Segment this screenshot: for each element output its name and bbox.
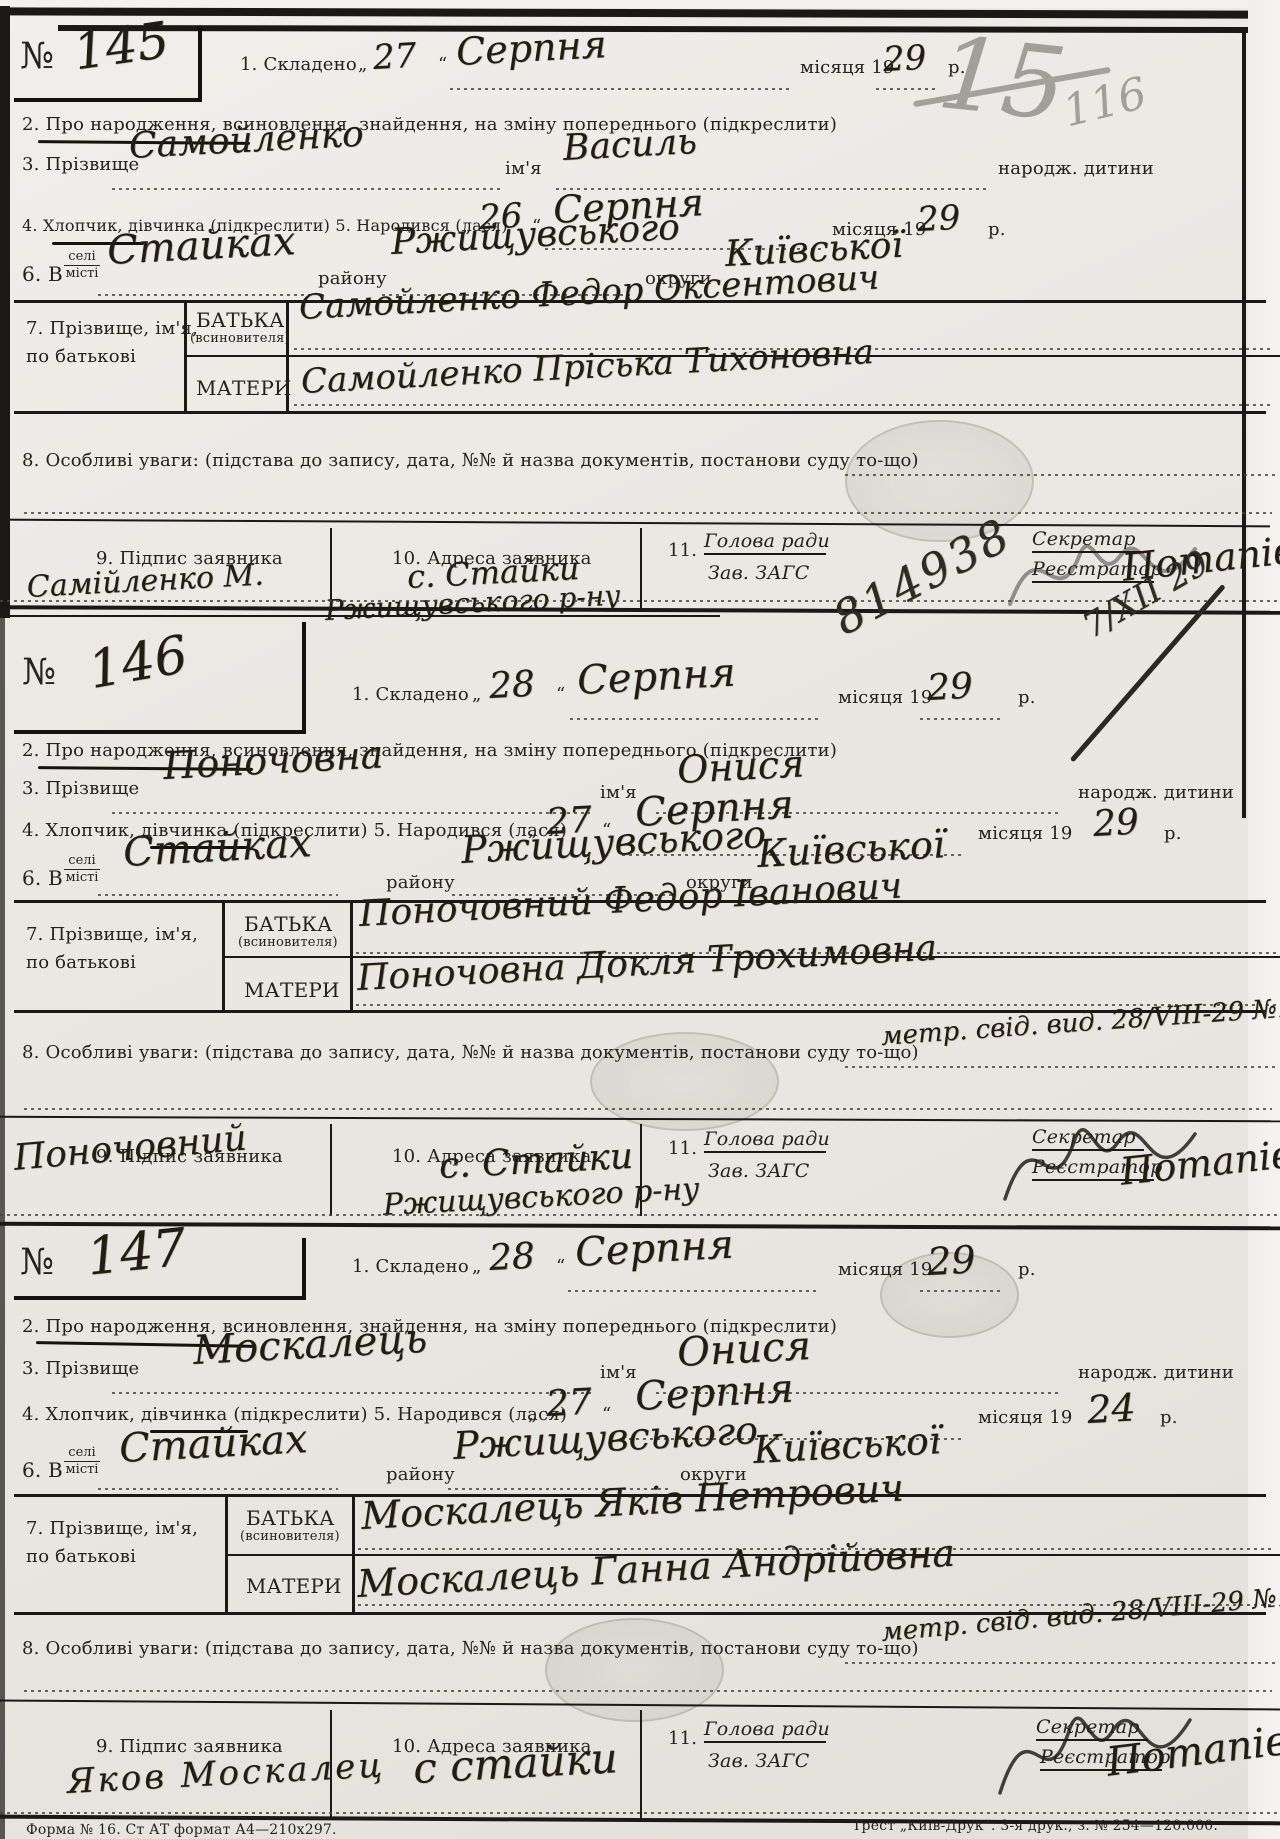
composed-day-entry: 27: [372, 36, 417, 78]
year-r-label: р.: [948, 57, 966, 78]
month-19-label: місяця 19: [978, 1407, 1073, 1428]
seli-label: селі: [68, 1446, 95, 1460]
composed-year-entry: 29: [926, 666, 974, 709]
mother-entry: Самойленко Пріська Тихоновна: [300, 332, 875, 402]
seli-label: селі: [68, 854, 95, 868]
year-r-label: р.: [1018, 687, 1036, 708]
item-11-label: 11.: [668, 540, 697, 561]
composed-month-entry: Серпня: [455, 22, 608, 74]
composed-day-entry: 28: [488, 1236, 536, 1279]
parents-box-divider: [225, 1494, 228, 1612]
place-entry: Стайках: [122, 820, 313, 876]
record-bottom-border-2: [0, 615, 720, 617]
no-symbol: №: [22, 652, 56, 693]
surname-label: 3. Прізвище: [22, 1358, 139, 1379]
year-r-label: р.: [1164, 823, 1182, 844]
dotted-blank: [0, 600, 1280, 602]
holova-rady-label: Голова ради: [704, 1128, 830, 1150]
dotted-blank: [98, 894, 338, 896]
applicant-signature-entry: Поночовний: [12, 1118, 248, 1179]
parents-label-2: по батькові: [26, 346, 136, 367]
misti-label: місті: [66, 871, 99, 885]
special-notes-label: 8. Особливі уваги: (підстава до запису, …: [22, 1638, 919, 1659]
footer-form-imprint: Форма № 16. Ст АТ формат А4—210х297.: [26, 1822, 337, 1838]
dotted-blank: [920, 1290, 1000, 1292]
footer-printer-imprint: Трест „Київ-Друк“. 3-я друк., з. № 254—1…: [852, 1818, 1218, 1834]
applicant-signature-entry: Самійленко М.: [26, 558, 265, 605]
dotted-blank: [845, 474, 1275, 476]
place-entry: Стайках: [118, 1416, 309, 1472]
dotted-blank: [570, 718, 822, 720]
mother-label: МАТЕРИ: [196, 376, 292, 400]
parents-label-2: по батькові: [26, 952, 136, 973]
composed-year-entry: 29: [882, 38, 927, 80]
dotted-blank: [0, 1812, 1280, 1814]
born-year-entry: 29: [1092, 802, 1140, 845]
mother-entry: Москалець Ганна Андрійовна: [356, 1531, 956, 1606]
no-symbol: №: [20, 1242, 54, 1283]
dotted-blank: [294, 404, 1274, 406]
dotted-blank: [98, 294, 310, 296]
sekretar-label: Секретар: [1032, 1126, 1136, 1148]
name-entry: Василь: [562, 121, 698, 169]
composed-year-entry: 29: [926, 1237, 977, 1283]
quote-close: “: [556, 684, 565, 705]
label-rule: [704, 1741, 826, 1743]
dotted-blank: [568, 1290, 820, 1292]
misti-label: місті: [66, 267, 99, 281]
record-number-entry: 147: [84, 1218, 189, 1288]
parents-label-1: 7. Прізвище, ім'я,: [26, 318, 198, 339]
holova-rady-label: Голова ради: [704, 530, 830, 552]
zav-zags-label: Зав. ЗАГС: [708, 562, 809, 584]
father-label: БАТЬКА: [196, 308, 285, 332]
dotted-blank: [0, 1214, 1280, 1216]
dotted-blank: [920, 718, 1000, 720]
quote-close: “: [438, 54, 447, 75]
mother-label: МАТЕРИ: [246, 1574, 342, 1598]
composed-label: 1. Складено: [352, 1256, 469, 1277]
parents-label-1: 7. Прізвище, ім'я,: [26, 924, 198, 945]
dotted-blank: [876, 88, 936, 90]
applicant-address-entry-1: с стайки: [412, 1733, 619, 1793]
zav-zags-label: Зав. ЗАГС: [708, 1160, 809, 1182]
no-symbol: №: [20, 36, 54, 77]
born-year-entry: 29: [916, 198, 961, 240]
dotted-blank: [112, 188, 500, 190]
zav-zags-label: Зав. ЗАГС: [708, 1750, 809, 1772]
father-sub-label: (всиновителя): [238, 935, 338, 950]
name-label: ім'я: [600, 1362, 637, 1383]
sekretar-label: Секретар: [1036, 1716, 1140, 1738]
seli-label: селі: [68, 250, 95, 264]
signature-column-divider: [330, 1124, 332, 1216]
record-146: № 146 1. Складено „ 28 “ Серпня місяця 1…: [0, 618, 1280, 1238]
composed-month-entry: Серпня: [574, 1222, 735, 1276]
father-label: БАТЬКА: [246, 1506, 335, 1530]
parents-box-divider: [352, 1494, 355, 1612]
composed-month-entry: Серпня: [576, 650, 737, 704]
year-r-label: р.: [988, 219, 1006, 240]
child-birth-label: народж. дитини: [998, 158, 1154, 179]
father-label: БАТЬКА: [244, 912, 333, 936]
parents-box-divider: [350, 900, 353, 1010]
quote-open: „: [472, 684, 482, 705]
signature-column-divider: [640, 1710, 642, 1818]
quote-open: „: [358, 54, 368, 75]
composed-label: 1. Складено: [240, 54, 357, 75]
born-year-entry: 24: [1086, 1385, 1137, 1431]
mother-entry: Поночовна Докля Трохимовна: [356, 928, 938, 999]
special-notes-entry: метр. свід. вид. 28/VIII-29 №19: [880, 1581, 1280, 1648]
name-label: ім'я: [505, 158, 542, 179]
parents-box-divider: [222, 900, 225, 1010]
scanned-birth-register-page: 15 116 № 145 1. Складено „ 27 “ Серпня м…: [0, 0, 1280, 1839]
dotted-blank: [112, 1392, 592, 1394]
label-rule: [704, 553, 826, 555]
misti-label: місті: [66, 1463, 99, 1477]
dotted-blank: [450, 88, 790, 90]
month-19-label: місяця 19: [800, 57, 895, 78]
month-19-label: місяця 19: [838, 687, 933, 708]
parents-box-bottom: [14, 411, 1266, 414]
item-11-label: 11.: [668, 1728, 697, 1749]
v-label: 6. В: [22, 262, 63, 286]
surname-label: 3. Прізвище: [22, 154, 139, 175]
okrug-entry: Київської: [752, 1418, 942, 1472]
father-sub-label: (всиновителя): [190, 331, 290, 346]
special-notes-label: 8. Особливі уваги: (підстава до запису, …: [22, 450, 919, 471]
special-notes-label: 8. Особливі уваги: (підстава до запису, …: [22, 1042, 919, 1063]
quote-close: “: [556, 1256, 565, 1277]
name-label: ім'я: [600, 782, 637, 803]
composed-label: 1. Складено: [352, 684, 469, 705]
item-11-label: 11.: [668, 1138, 697, 1159]
label-rule: [704, 1151, 826, 1153]
father-sub-label: (всиновителя): [240, 1529, 340, 1544]
dotted-blank: [98, 1488, 338, 1490]
mother-label: МАТЕРИ: [244, 978, 340, 1002]
parents-label-1: 7. Прізвище, ім'я,: [26, 1518, 198, 1539]
month-19-label: місяця 19: [838, 1259, 933, 1280]
month-19-label: місяця 19: [978, 823, 1073, 844]
dotted-blank: [845, 1662, 1275, 1664]
surname-label: 3. Прізвище: [22, 778, 139, 799]
record-145: № 145 1. Складено „ 27 “ Серпня місяця 1…: [0, 0, 1280, 618]
child-birth-label: народж. дитини: [1078, 782, 1234, 803]
seli-misti-fraction: селі місті: [64, 1446, 100, 1478]
dotted-blank: [112, 812, 590, 814]
place-entry: Стайках: [106, 218, 297, 274]
v-label: 6. В: [22, 866, 63, 890]
rayon-label: району: [386, 1464, 455, 1485]
child-birth-label: народж. дитини: [1078, 1362, 1234, 1383]
special-notes-entry: метр. свід. вид. 28/VIII-29 №160: [880, 991, 1280, 1052]
record-147: № 147 1. Складено „ 28 “ Серпня місяця 1…: [0, 1238, 1280, 1839]
v-label: 6. В: [22, 1458, 63, 1482]
seli-misti-fraction: селі місті: [64, 854, 100, 886]
quote-open: „: [472, 1256, 482, 1277]
year-r-label: р.: [1160, 1407, 1178, 1428]
parents-label-2: по батькові: [26, 1546, 136, 1567]
dotted-blank: [24, 512, 1272, 514]
holova-rady-label: Голова ради: [704, 1718, 830, 1740]
dotted-blank: [845, 1066, 1275, 1068]
year-r-label: р.: [1018, 1259, 1036, 1280]
composed-day-entry: 28: [488, 664, 536, 707]
seli-misti-fraction: селі місті: [64, 250, 100, 282]
